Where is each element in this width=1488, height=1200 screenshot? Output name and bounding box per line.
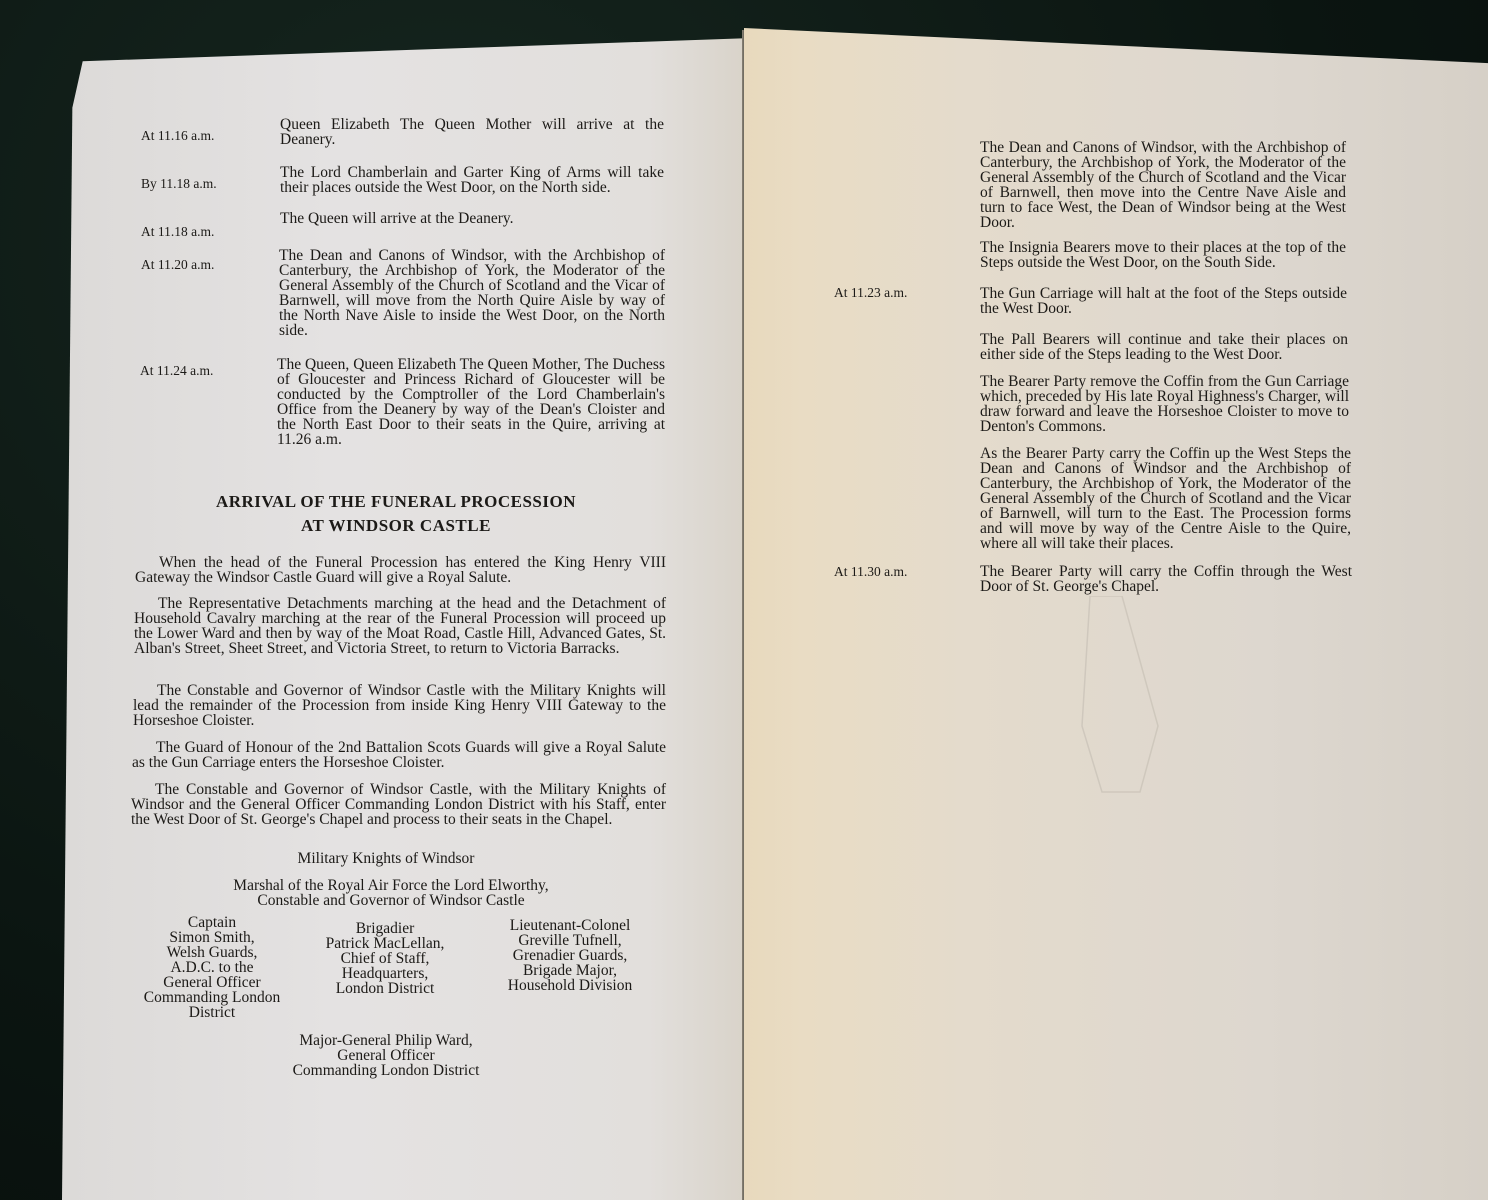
right-entry-text: The Bearer Party remove the Coffin from … [980, 374, 1349, 434]
officer-line: Brigade Major, [490, 963, 650, 978]
paragraph: When the head of the Funeral Procession … [135, 555, 666, 585]
schedule-time: At 11.23 a.m. [834, 285, 907, 300]
officer-block-brigadier: Brigadier Patrick MacLellan, Chief of St… [305, 921, 465, 996]
officer-block-lieutenant-colonel: Lieutenant-Colonel Greville Tufnell, Gre… [490, 918, 650, 993]
marshal-block: Marshal of the Royal Air Force the Lord … [186, 878, 596, 908]
right-entry-text: As the Bearer Party carry the Coffin up … [980, 446, 1351, 551]
schedule-time: At 11.30 a.m. [834, 564, 907, 579]
paragraph: The Constable and Governor of Windsor Ca… [131, 782, 666, 827]
schedule-time: By 11.18 a.m. [141, 176, 217, 191]
right-entry-text: The Gun Carriage will halt at the foot o… [980, 286, 1347, 316]
right-entry-text: The Dean and Canons of Windsor, with the… [980, 140, 1346, 230]
right-entry-text: The Bearer Party will carry the Coffin t… [980, 564, 1352, 594]
officer-line: Headquarters, [305, 966, 465, 981]
paragraph: The Representative Detachments marching … [134, 596, 666, 656]
paragraph: The Guard of Honour of the 2nd Battalion… [132, 740, 666, 770]
major-general-block: Major-General Philip Ward, General Offic… [266, 1033, 506, 1078]
officer-line: General Officer [132, 975, 292, 990]
officer-line: District [132, 1005, 292, 1020]
military-knights-label: Military Knights of Windsor [236, 851, 536, 866]
officer-line: Commanding London [132, 990, 292, 1005]
section-heading: ARRIVAL OF THE FUNERAL PROCESSION AT WIN… [186, 490, 606, 538]
schedule-time: At 11.16 a.m. [141, 128, 214, 143]
section-heading-line: AT WINDSOR CASTLE [186, 514, 606, 538]
schedule-text: The Queen, Queen Elizabeth The Queen Mot… [277, 357, 665, 447]
officer-line: Greville Tufnell, [490, 933, 650, 948]
officer-line: Brigadier [305, 921, 465, 936]
officer-line: Captain [132, 915, 292, 930]
marshal-line: Marshal of the Royal Air Force the Lord … [186, 878, 596, 893]
right-entry-text: The Pall Bearers will continue and take … [980, 332, 1348, 362]
officer-line: Lieutenant-Colonel [490, 918, 650, 933]
schedule-time: At 11.24 a.m. [140, 363, 213, 378]
officer-line: London District [305, 981, 465, 996]
schedule-text: The Queen will arrive at the Deanery. [280, 211, 664, 226]
paragraph: The Constable and Governor of Windsor Ca… [133, 683, 666, 728]
schedule-text: The Dean and Canons of Windsor, with the… [279, 248, 665, 338]
schedule-text: The Lord Chamberlain and Garter King of … [280, 165, 664, 195]
marshal-line: Constable and Governor of Windsor Castle [186, 893, 596, 908]
schedule-time: At 11.18 a.m. [141, 224, 214, 239]
officer-line: Major-General Philip Ward, [266, 1033, 506, 1048]
officer-line: Chief of Staff, [305, 951, 465, 966]
officer-line: Grenadier Guards, [490, 948, 650, 963]
officer-line: Welsh Guards, [132, 945, 292, 960]
officer-line: Patrick MacLellan, [305, 936, 465, 951]
section-heading-line: ARRIVAL OF THE FUNERAL PROCESSION [186, 490, 606, 514]
officer-line: Household Division [490, 978, 650, 993]
officer-line: General Officer [266, 1048, 506, 1063]
schedule-text: Queen Elizabeth The Queen Mother will ar… [280, 117, 664, 147]
officer-line: Commanding London District [266, 1063, 506, 1078]
schedule-time: At 11.20 a.m. [141, 257, 214, 272]
officer-line: Simon Smith, [132, 930, 292, 945]
officer-block-captain: Captain Simon Smith, Welsh Guards, A.D.C… [132, 915, 292, 1020]
officer-line: A.D.C. to the [132, 960, 292, 975]
coffin-outline-show-through [1040, 596, 1170, 796]
right-entry-text: The Insignia Bearers move to their place… [980, 240, 1346, 270]
